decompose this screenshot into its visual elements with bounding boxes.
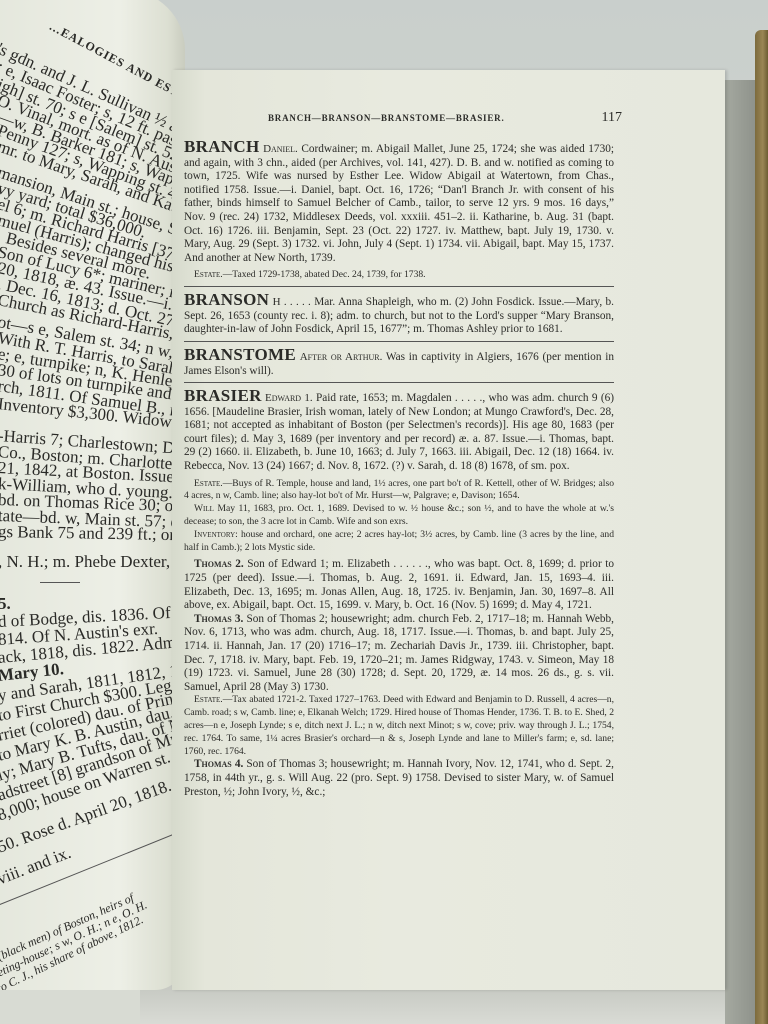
entry-surname: BRANCH [184, 137, 259, 156]
left-rule [40, 582, 80, 583]
estate-label: Estate. [194, 694, 223, 705]
sub-text: —Buys of R. Temple, house and land, 1½ a… [184, 478, 614, 502]
right-page: BRANCH—BRANSON—BRANSTOME—BRASIER. 117 BR… [172, 70, 725, 990]
section-divider [184, 341, 614, 342]
entry-given-name: Daniel. [263, 143, 298, 155]
entry-surname: BRASIER [184, 386, 262, 405]
book-cover-edge [755, 30, 768, 1024]
brasier-will: Will May 11, 1683, pro. Oct. 1, 1689. De… [184, 503, 614, 529]
generation-thomas-2: Thomas 2. Son of Edward 1; m. Elizabeth … [184, 558, 614, 612]
generation-text: Son of Thomas 2; housewright; adm. churc… [184, 613, 614, 693]
estate-text: —Taxed 1729-1738, abated Dec. 24, 1739, … [223, 269, 426, 280]
brasier-estate: Estate.—Buys of R. Temple, house and lan… [184, 478, 614, 504]
generation-text: Son of Thomas 3; housewright; m. Hannah … [184, 758, 614, 797]
entry-estate: Estate.—Taxed 1729-1738, abated Dec. 24,… [184, 269, 614, 282]
page-content: BRANCH—BRANSON—BRANSTOME—BRASIER. 117 BR… [184, 110, 614, 799]
left-line: gs Bank 75 and 239 ft.; on Wiley [0, 522, 185, 546]
generation-text: Son of Edward 1; m. Elizabeth . . . . . … [184, 558, 614, 611]
sub-label: Will [194, 503, 214, 514]
entry-branch: BRANCH Daniel. Cordwainer; m. Abigail Ma… [184, 140, 614, 265]
page-number: 117 [602, 110, 622, 126]
estate-text: —Tax abated 1721-2. Taxed 1727–1763. Dee… [184, 694, 614, 756]
generation-thomas-3: Thomas 3. Son of Thomas 2; housewright; … [184, 613, 614, 695]
estate-label: Estate. [194, 269, 223, 280]
entry-branson: BRANSON H . . . . . Mar. Anna Shapleigh,… [184, 293, 614, 337]
section-divider [184, 286, 614, 287]
entry-surname: BRANSON [184, 290, 269, 309]
sub-label: Inventory: [194, 529, 238, 540]
left-page: …EALOGIES AND ESTATES. 's gdn. and J. L.… [0, 0, 185, 990]
entry-surname: BRANSTOME [184, 345, 296, 364]
brasier-inventory: Inventory: house and orchard, one acre; … [184, 529, 614, 555]
sub-text: house and orchard, one acre; 2 acres hay… [184, 529, 614, 553]
generation-name: Thomas 2. [194, 558, 244, 570]
book-cover-shadow [725, 80, 757, 1024]
entry-given-name: H . . . . . [273, 296, 311, 308]
entry-brasier: BRASIER Edward 1. Paid rate, 1653; m. Ma… [184, 389, 614, 474]
generation-thomas-4: Thomas 4. Son of Thomas 3; housewright; … [184, 758, 614, 799]
generation-name: Thomas 4. [194, 758, 243, 770]
entry-text: Cordwainer; m. Abigail Mallet, June 25, … [184, 143, 614, 264]
running-head: BRANCH—BRANSON—BRANSTOME—BRASIER. 117 [184, 110, 614, 126]
entry-given-name: After or Arthur. [300, 351, 383, 363]
left-line: , N. H.; m. Phebe Dexter, Aug. [0, 552, 185, 572]
generation-name: Thomas 3. [194, 613, 243, 625]
sub-label: Estate. [194, 478, 223, 489]
running-head-title: BRANCH—BRANSON—BRANSTOME—BRASIER. [268, 113, 505, 123]
thomas-3-estate: Estate.—Tax abated 1721-2. Taxed 1727–17… [184, 694, 614, 758]
sub-text: May 11, 1683, pro. Oct. 1, 1689. Devised… [184, 503, 614, 527]
entry-given-name: Edward 1. [265, 392, 313, 404]
entry-branstome: BRANSTOME After or Arthur. Was in captiv… [184, 348, 614, 378]
section-divider [184, 382, 614, 383]
